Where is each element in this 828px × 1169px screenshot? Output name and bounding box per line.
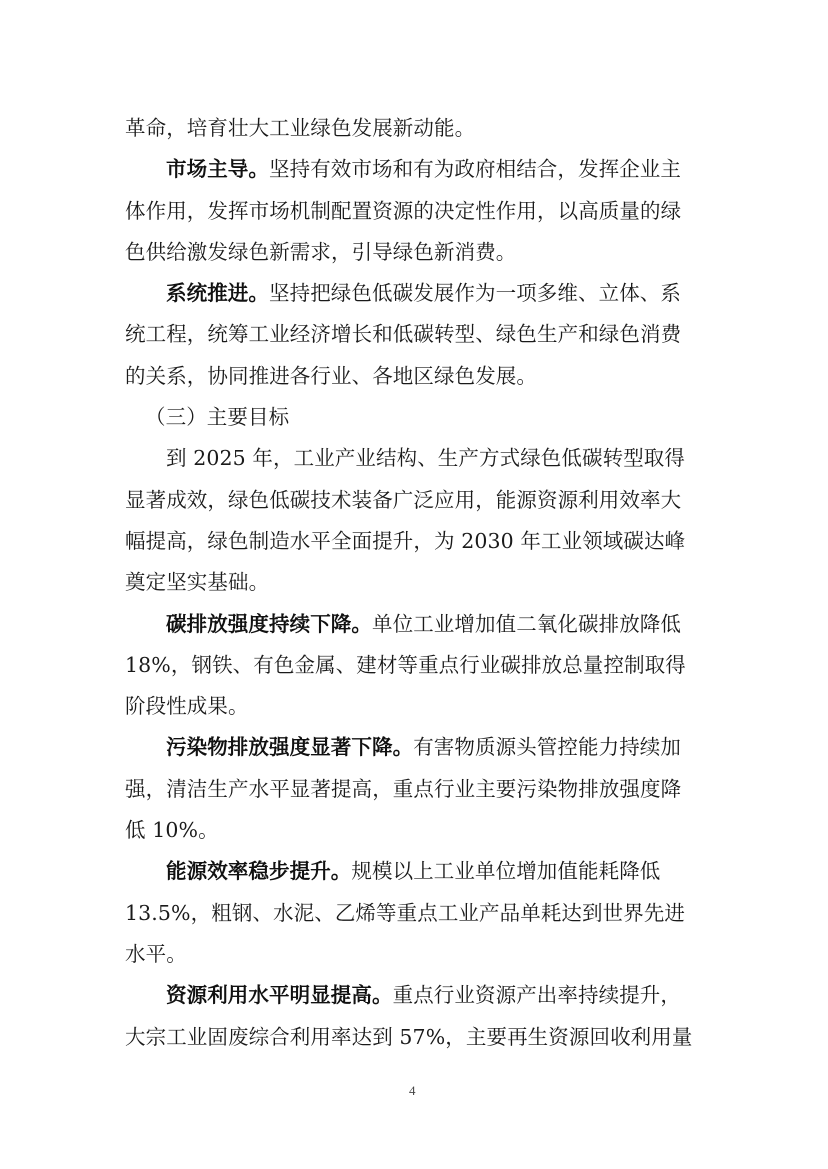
text-line: 水平。 [125, 934, 705, 975]
document-page: 革命，培育壮大工业绿色发展新动能。 市场主导。坚持有效市场和有为政府相结合，发挥… [125, 108, 705, 1058]
text-line: 大宗工业固废综合利用率达到 57%，主要再生资源回收利用量 [125, 1017, 705, 1058]
text-line: 幅提高，绿色制造水平全面提升，为 2030 年工业领域碳达峰 [125, 521, 705, 562]
text-line: 奠定坚实基础。 [125, 562, 705, 603]
text-line: 革命，培育壮大工业绿色发展新动能。 [125, 108, 705, 149]
paragraph-pollutant-intensity: 污染物排放强度显著下降。有害物质源头管控能力持续加 [125, 727, 705, 768]
paragraph-heading: 碳排放强度持续下降。 [166, 612, 372, 636]
text-line: 13.5%，粗钢、水泥、乙烯等重点工业产品单耗达到世界先进 [125, 893, 705, 934]
paragraph-heading: 市场主导。 [166, 157, 269, 181]
paragraph-text: 重点行业资源产出率持续提升， [393, 983, 681, 1007]
page-number: 4 [409, 1083, 416, 1099]
paragraph-heading: 资源利用水平明显提高。 [166, 983, 393, 1007]
paragraph-goals-2025: 到 2025 年，工业产业结构、生产方式绿色低碳转型取得 [125, 438, 705, 479]
paragraph-carbon-intensity: 碳排放强度持续下降。单位工业增加值二氧化碳排放降低 [125, 604, 705, 645]
paragraph-text: 单位工业增加值二氧化碳排放降低 [372, 612, 681, 636]
text-line: 显著成效，绿色低碳技术装备广泛应用，能源资源利用效率大 [125, 480, 705, 521]
paragraph-text: 到 2025 年，工业产业结构、生产方式绿色低碳转型取得 [166, 446, 685, 470]
paragraph-heading: 能源效率稳步提升。 [166, 859, 351, 883]
text-line: 统工程，统筹工业经济增长和低碳转型、绿色生产和绿色消费 [125, 314, 705, 355]
text-line: 强，清洁生产水平显著提高，重点行业主要污染物排放强度降 [125, 769, 705, 810]
text-line: 色供给激发绿色新需求，引导绿色新消费。 [125, 232, 705, 273]
paragraph-systematic: 系统推进。坚持把绿色低碳发展作为一项多维、立体、系 [125, 273, 705, 314]
paragraph-text: 有害物质源头管控能力持续加 [413, 735, 681, 759]
paragraph-text: 坚持有效市场和有为政府相结合，发挥企业主 [269, 157, 681, 181]
paragraph-text: 坚持把绿色低碳发展作为一项多维、立体、系 [269, 281, 681, 305]
paragraph-market-led: 市场主导。坚持有效市场和有为政府相结合，发挥企业主 [125, 149, 705, 190]
text-line: 的关系，协同推进各行业、各地区绿色发展。 [125, 356, 705, 397]
text-line: 阶段性成果。 [125, 686, 705, 727]
paragraph-heading: 系统推进。 [166, 281, 269, 305]
text-line: 18%，钢铁、有色金属、建材等重点行业碳排放总量控制取得 [125, 645, 705, 686]
paragraph-heading: 污染物排放强度显著下降。 [166, 735, 413, 759]
section-heading: （三）主要目标 [125, 397, 705, 438]
paragraph-text: 规模以上工业单位增加值能耗降低 [351, 859, 660, 883]
paragraph-resource-utilization: 资源利用水平明显提高。重点行业资源产出率持续提升， [125, 975, 705, 1016]
paragraph-energy-efficiency: 能源效率稳步提升。规模以上工业单位增加值能耗降低 [125, 851, 705, 892]
text-line: 低 10%。 [125, 810, 705, 851]
text-line: 体作用，发挥市场机制配置资源的决定性作用，以高质量的绿 [125, 191, 705, 232]
